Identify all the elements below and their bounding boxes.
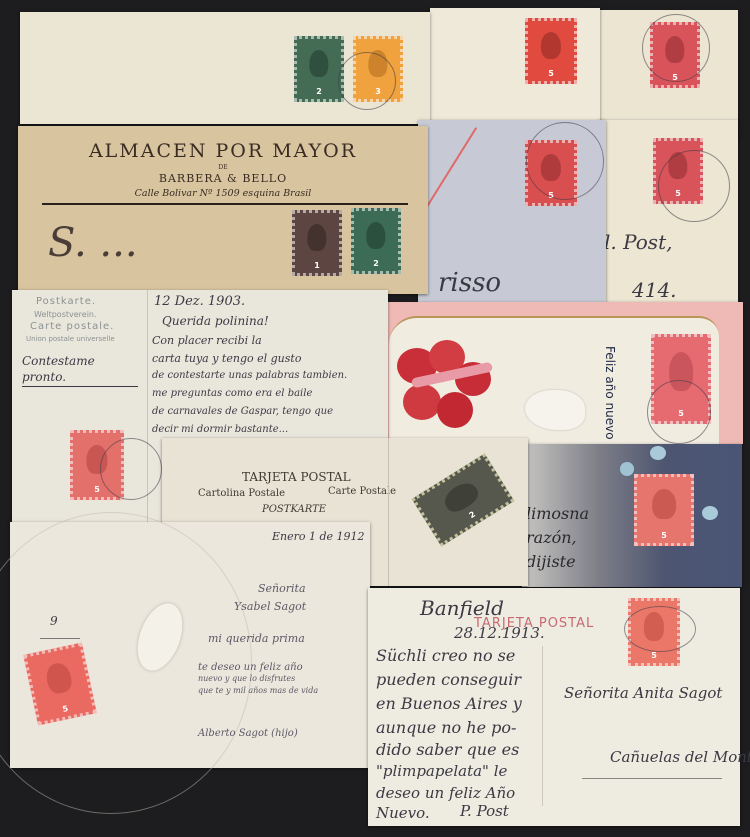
message-line: Nuevo. xyxy=(376,804,430,822)
card-verse-line: limosna xyxy=(526,504,589,523)
left-note-line: Contestame xyxy=(22,354,95,368)
blue-flower xyxy=(702,506,718,520)
postkarte-header-line: Carte postale. xyxy=(30,321,114,332)
divider-line xyxy=(542,646,543,806)
left-note-line: pronto. xyxy=(22,370,66,384)
card-date: Enero 1 de 1912 xyxy=(272,530,365,543)
date: 28.12.1913. xyxy=(454,624,545,642)
stamp-red-5c: 5 xyxy=(525,18,577,84)
message-line: "plimpapelata" le xyxy=(376,762,507,780)
underline xyxy=(22,386,138,387)
header-rule xyxy=(42,203,408,205)
recipient: Señorita Anita Sagot xyxy=(564,684,722,702)
message-line: de contestarte unas palabras tambien. xyxy=(152,370,347,381)
margin-rule xyxy=(40,638,80,639)
destination: Cañuelas del Monte xyxy=(610,748,750,766)
merchant-envelope: ALMACEN POR MAYOR DE BARBERA & BELLO Cal… xyxy=(18,126,428,294)
message-line: Querida polinina! xyxy=(162,314,269,328)
company-name: ALMACEN POR MAYOR xyxy=(18,140,428,162)
blue-flower xyxy=(650,446,666,460)
message-line: Con placer recibi la xyxy=(152,334,262,347)
postmark-cancel xyxy=(624,606,696,652)
stamp-green-2c: 2 xyxy=(294,36,344,102)
postmark-cancel xyxy=(642,14,710,82)
embossed-card: Enero 1 de 1912 Señorita Ysabel Sagot mi… xyxy=(10,522,370,768)
place-name: Banfield xyxy=(420,596,504,620)
handwritten-address: risso xyxy=(438,268,501,298)
postmark-cancel xyxy=(647,380,711,444)
message-line: pueden conseguir xyxy=(376,670,521,689)
message-line: 12 Dez. 1903. xyxy=(154,294,245,309)
greeting-text: Feliz año nuevo xyxy=(603,346,617,440)
card-subtitle-italic: POSTKARTE xyxy=(262,504,326,515)
handwritten-address-line: 414. xyxy=(632,278,677,302)
company-address: Calle Bolivar Nº 1509 esquina Brasil xyxy=(18,188,428,199)
card-subtitle: Carte Postale xyxy=(328,486,396,497)
blue-flower xyxy=(620,462,634,476)
card-verse-line: dijiste xyxy=(526,552,576,571)
postmark-cancel xyxy=(658,150,730,222)
margin-note: 9 xyxy=(50,614,58,628)
postkarte-header-line: Weltpostverein. xyxy=(34,310,97,319)
floral-new-year-card: Feliz año nuevo 5 xyxy=(385,302,743,444)
message-line: dido saber que es xyxy=(376,740,519,759)
dark-greeting-card: limosna razón, dijiste 5 xyxy=(522,444,742,587)
message-line: que te y mil años mas de vida xyxy=(198,686,318,695)
handwritten-address-line: l. Post, xyxy=(604,230,672,254)
address-line: Señorita xyxy=(258,582,306,595)
postmark-cancel xyxy=(338,52,396,110)
company-owner: BARBERA & BELLO xyxy=(18,172,428,185)
message-line: deseo un feliz Año xyxy=(376,784,515,802)
card-verse-line: razón, xyxy=(526,528,577,547)
message-line: me preguntas como era el baile xyxy=(152,388,312,399)
envelope-top-middle: 5 xyxy=(430,8,600,126)
address-line: Ysabel Sagot xyxy=(234,600,306,613)
company-de: DE xyxy=(18,164,428,171)
roses-bouquet xyxy=(397,340,493,440)
divider-line xyxy=(388,438,389,586)
blue-envelope: 5 risso xyxy=(418,120,606,302)
stamp-brown-1c: 1 xyxy=(292,210,342,276)
message-line: nuevo y que lo disfrutes xyxy=(198,674,295,683)
message-line: decir mi dormir bastante... xyxy=(152,424,288,435)
right-envelope: 5 l. Post, 414. xyxy=(598,120,738,305)
postkarte-header-line: Union postale universelle xyxy=(26,335,115,343)
stamp-green-2c: 2 xyxy=(351,208,401,274)
address-rule xyxy=(582,778,722,779)
banfield-postcard: TARJETA POSTAL Banfield 28.12.1913. Süch… xyxy=(368,588,740,826)
signature: P. Post xyxy=(460,802,509,820)
postmark-cancel xyxy=(526,122,604,200)
postmark-cancel xyxy=(100,438,162,500)
card-subtitle: Cartolina Postale xyxy=(198,488,285,499)
message-line: carta tuya y tengo el gusto xyxy=(152,352,301,365)
message-line: aunque no he po- xyxy=(376,718,516,737)
message-line: de carnavales de Gaspar, tengo que xyxy=(152,406,333,417)
postkarte-header-line: Postkarte. xyxy=(36,296,96,307)
message-line: en Buenos Aires y xyxy=(376,694,522,713)
stamp-gray-2c: 2 xyxy=(412,453,515,546)
envelope-top-left: 2 3 xyxy=(20,12,430,124)
card-title: TARJETA POSTAL xyxy=(242,470,351,484)
message-line: te deseo un feliz año xyxy=(198,662,303,673)
signature: Alberto Sagot (hijo) xyxy=(198,728,298,739)
handwritten-address: S. ... xyxy=(48,220,138,266)
message-line: mi querida prima xyxy=(208,632,305,645)
stamp-red-5c: 5 xyxy=(634,474,694,546)
message-line: Süchli creo no se xyxy=(376,646,515,665)
